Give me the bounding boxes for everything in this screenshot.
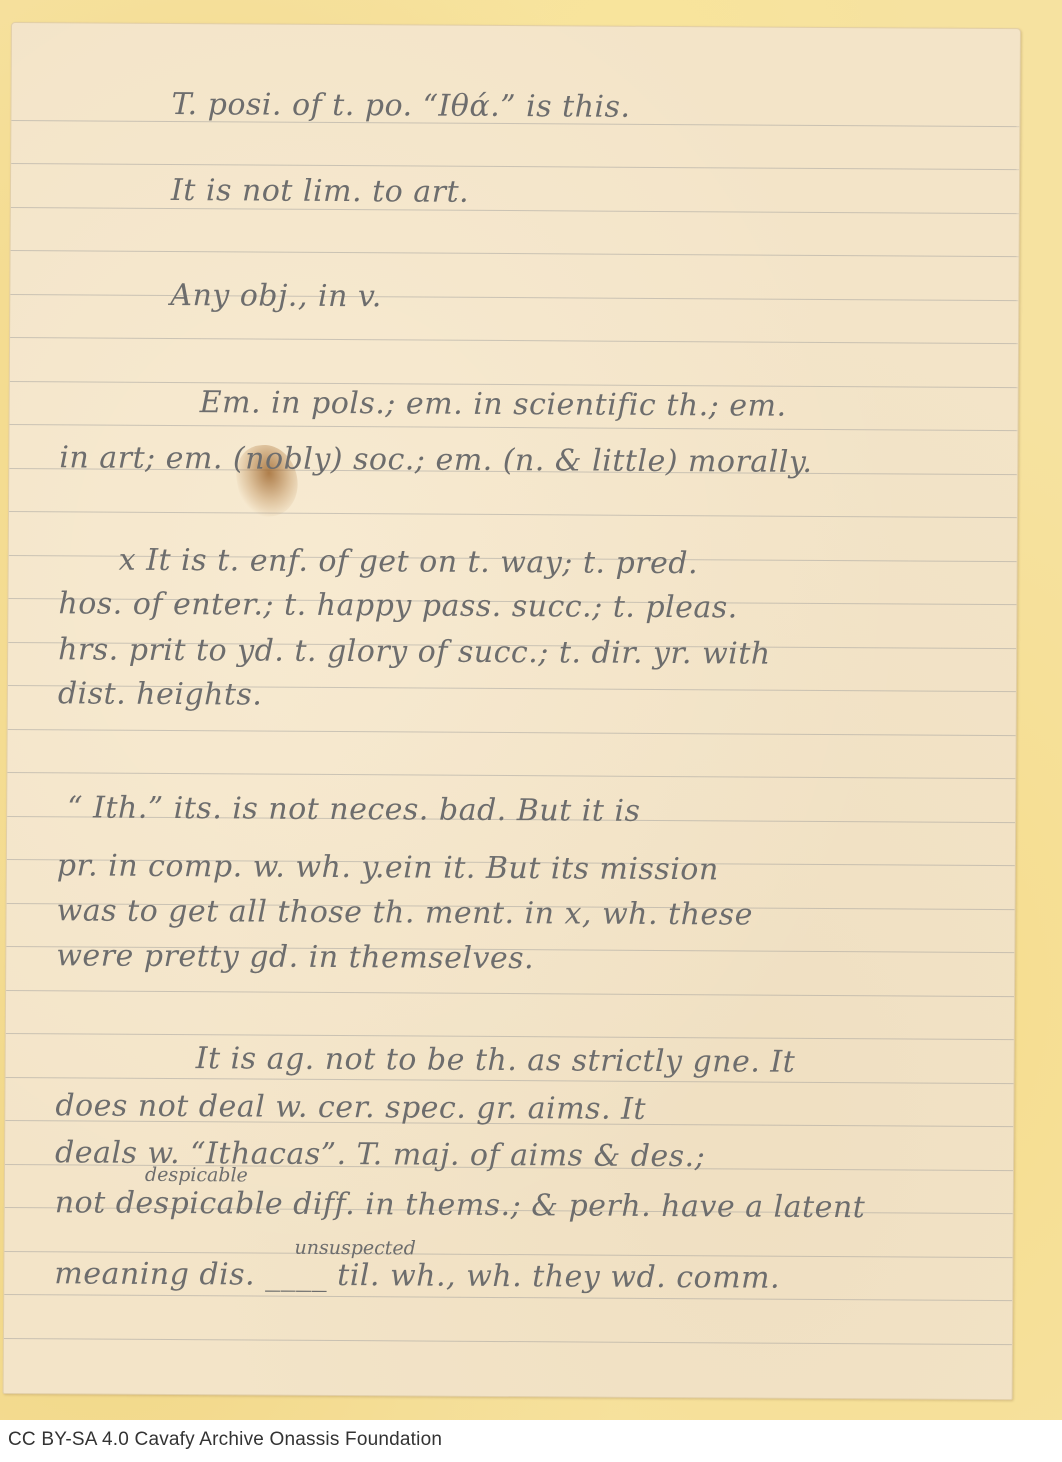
- ruled-line: [10, 294, 1018, 301]
- manuscript-line-18: meaning dis. ____ til. wh., wh. they wd.…: [54, 1259, 780, 1293]
- manuscript-line-2: It is not lim. to art.: [171, 176, 469, 208]
- manuscript-line-15: does not deal w. cer. spec. gr. aims. It: [55, 1091, 646, 1125]
- manuscript-line-4: Em. in pols.; em. in scientific th.; em.: [200, 388, 787, 422]
- ruled-line: [6, 990, 1014, 997]
- manuscript-line-5: in art; em. (nobly) soc.; em. (n. & litt…: [59, 443, 812, 478]
- ruled-line: [8, 729, 1016, 736]
- manuscript-page: T. posi. of t. po. “Iθά.” is this. It is…: [3, 22, 1021, 1400]
- manuscript-line-10: “ Ith.” its. is not neces. bad. But it i…: [67, 793, 640, 827]
- manuscript-line-1: T. posi. of t. po. “Iθά.” is this.: [171, 90, 630, 123]
- ruled-line: [11, 250, 1019, 257]
- manuscript-line-9: dist. heights.: [58, 679, 263, 710]
- manuscript-line-12: was to get all those th. ment. in x, wh.…: [56, 896, 753, 930]
- license-caption: CC BY-SA 4.0 Cavafy Archive Onassis Foun…: [8, 1429, 442, 1451]
- ruled-line: [4, 1294, 1012, 1301]
- ruled-line: [7, 772, 1015, 779]
- manuscript-line-14: It is ag. not to be th. as strictly gne.…: [196, 1044, 796, 1078]
- ruled-line: [6, 1033, 1014, 1040]
- manuscript-line-3: Any obj., in v.: [170, 281, 382, 312]
- manuscript-line-6: x It is t. enf. of get on t. way; t. pre…: [119, 546, 699, 580]
- ruled-line: [11, 207, 1019, 214]
- ruled-line: [10, 424, 1018, 431]
- ruled-line: [9, 511, 1017, 518]
- manuscript-line-8: hrs. prit to yd. t. glory of succ.; t. d…: [58, 635, 771, 669]
- manuscript-line-17: not despicable diff. in thems.; & perh. …: [55, 1188, 866, 1223]
- interlinear-insertion: unsuspected: [294, 1237, 415, 1260]
- manuscript-line-7: hos. of enter.; t. happy pass. succ.; t.…: [58, 589, 738, 623]
- ruled-line: [10, 337, 1018, 344]
- ruled-line: [4, 1338, 1012, 1345]
- manuscript-line-11: pr. in comp. w. wh. y.ein it. But its mi…: [57, 851, 719, 885]
- interlinear-insertion: despicable: [145, 1164, 248, 1187]
- manuscript-line-13: were pretty gd. in themselves.: [56, 941, 534, 974]
- ruled-line: [11, 163, 1019, 170]
